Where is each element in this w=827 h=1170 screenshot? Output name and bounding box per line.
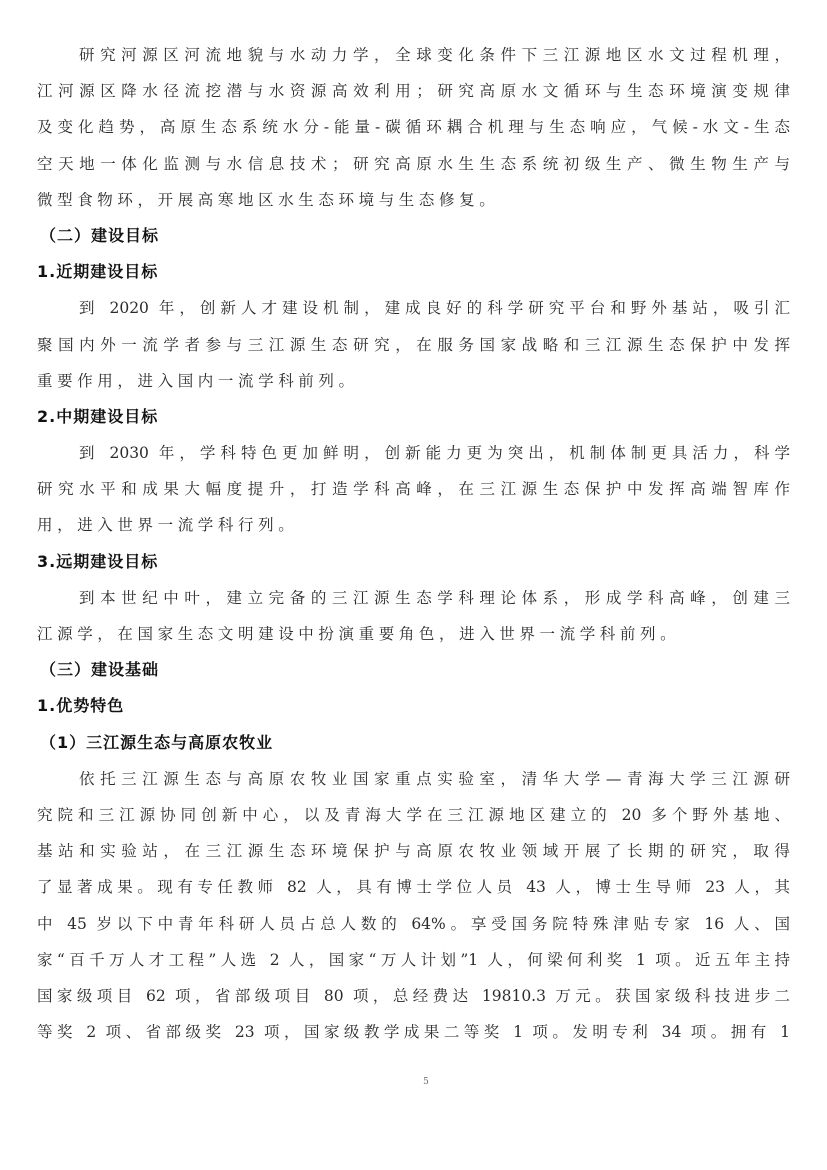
paragraph-line: 江河源区降水径流挖潜与水资源高效利用；研究高原水文循环与生态环境演变规律 (37, 73, 790, 109)
paragraph-line: 家“百千万人才工程”人选 2 人，国家“万人计划”1 人，何梁何利奖 1 项。近… (37, 942, 790, 978)
section-heading-construction-goals: （二）建设目标 (37, 218, 790, 254)
paragraph-line: 基站和实验站，在三江源生态环境保护与高原农牧业领域开展了长期的研究，取得 (37, 833, 790, 869)
paragraph-line: 到 2030 年，学科特色更加鲜明，创新能力更为突出，机制体制更具活力，科学 (37, 435, 790, 471)
paragraph-line: 依托三江源生态与高原农牧业国家重点实验室，清华大学—青海大学三江源研 (37, 761, 790, 797)
document-page: 研究河源区河流地貌与水动力学，全球变化条件下三江源地区水文过程机理， 江河源区降… (0, 0, 827, 1170)
paragraph-line: 及变化趋势，高原生态系统水分-能量-碳循环耦合机理与生态响应，气候-水文-生态 (37, 109, 790, 145)
paragraph-line: 研究水平和成果大幅度提升，打造学科高峰，在三江源生态保护中发挥高端智库作 (37, 471, 790, 507)
subsection-heading-near-term-goals: 1.近期建设目标 (37, 254, 790, 290)
document-body: 研究河源区河流地貌与水动力学，全球变化条件下三江源地区水文过程机理， 江河源区降… (37, 37, 790, 1050)
paragraph-line: 了显著成果。现有专任教师 82 人，具有博士学位人员 43 人，博士生导师 23… (37, 869, 790, 905)
paragraph-line: 用，进入世界一流学科行列。 (37, 507, 790, 543)
paragraph-line: 到 2020 年，创新人才建设机制，建成良好的科学研究平台和野外基站，吸引汇 (37, 290, 790, 326)
paragraph-line: 等奖 2 项、省部级奖 23 项，国家级教学成果二等奖 1 项。发明专利 34 … (37, 1014, 790, 1050)
subsection-heading-long-term-goals: 3.远期建设目标 (37, 544, 790, 580)
page-number: 5 (421, 1077, 431, 1087)
paragraph-line: 空天地一体化监测与水信息技术；研究高原水生生态系统初级生产、微生物生产与 (37, 146, 790, 182)
subsection-heading-mid-term-goals: 2.中期建设目标 (37, 399, 790, 435)
subsection-heading-sanjiangyuan-ecology: （1）三江源生态与高原农牧业 (37, 725, 790, 761)
paragraph-line: 究院和三江源协同创新中心，以及青海大学在三江源地区建立的 20 多个野外基地、 (37, 797, 790, 833)
paragraph-line: 江源学，在国家生态文明建设中扮演重要角色，进入世界一流学科前列。 (37, 616, 790, 652)
paragraph-line: 研究河源区河流地貌与水动力学，全球变化条件下三江源地区水文过程机理， (37, 37, 790, 73)
paragraph-line: 中 45 岁以下中青年科研人员占总人数的 64%。享受国务院特殊津贴专家 16 … (37, 906, 790, 942)
paragraph-line: 国家级项目 62 项，省部级项目 80 项，总经费达 19810.3 万元。获国… (37, 978, 790, 1014)
paragraph-line: 微型食物环，开展高寒地区水生态环境与生态修复。 (37, 182, 790, 218)
paragraph-line: 重要作用，进入国内一流学科前列。 (37, 363, 790, 399)
paragraph-line: 聚国内外一流学者参与三江源生态研究，在服务国家战略和三江源生态保护中发挥 (37, 327, 790, 363)
paragraph-line: 到本世纪中叶，建立完备的三江源生态学科理论体系，形成学科高峰，创建三 (37, 580, 790, 616)
section-heading-construction-foundation: （三）建设基础 (37, 652, 790, 688)
subsection-heading-strengths: 1.优势特色 (37, 688, 790, 724)
